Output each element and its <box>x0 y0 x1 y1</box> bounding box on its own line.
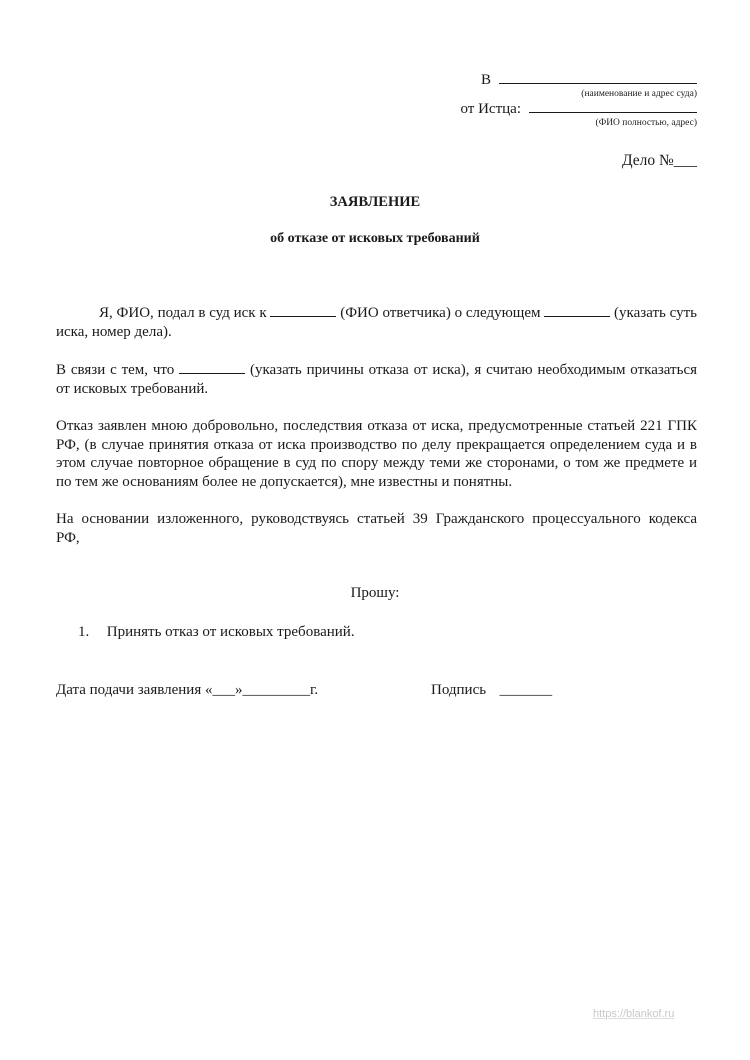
paragraph-reason: В связи с тем, что (указать причины отка… <box>56 361 697 398</box>
text: (ФИО ответчика) о следующем <box>336 305 544 321</box>
plaintiff-label: от Истца: <box>460 101 521 118</box>
text: Я, ФИО, подал в суд иск к <box>99 305 270 321</box>
plaintiff-hint: (ФИО полностью, адрес) <box>596 118 697 128</box>
signature-line: Подпись _______ <box>431 682 552 699</box>
text: В связи с тем, что <box>56 362 179 378</box>
signature-blank: _______ <box>500 682 553 698</box>
paragraph-legal-basis: На основании изложенного, руководствуясь… <box>56 510 697 547</box>
reason-blank <box>179 373 245 374</box>
paragraph-claim: Я, ФИО, подал в суд иск к (ФИО ответчика… <box>56 304 697 341</box>
request-item-text: Принять отказ от исковых требований. <box>107 624 355 640</box>
document-page: В (наименование и адрес суда) от Истца: … <box>0 0 750 1060</box>
plaintiff-line: от Истца: <box>460 101 697 118</box>
case-number-label: Дело №___ <box>622 152 697 170</box>
document-subtitle: об отказе от исковых требований <box>0 231 750 247</box>
court-hint: (наименование и адрес суда) <box>581 89 697 99</box>
document-title: ЗАЯВЛЕНИЕ <box>0 194 750 211</box>
request-item-number: 1. <box>78 624 89 640</box>
court-blank <box>499 82 697 84</box>
signature-label: Подпись <box>431 682 486 698</box>
watermark-link[interactable]: https://blankof.ru <box>593 1008 674 1020</box>
case-number: Дело №___ <box>622 152 697 170</box>
request-item: 1. Принять отказ от исковых требований. <box>78 624 355 641</box>
plaintiff-blank <box>529 111 697 113</box>
filing-date: Дата подачи заявления «___»_________г. <box>56 682 318 699</box>
court-line: В <box>481 72 697 89</box>
court-label: В <box>481 72 491 89</box>
request-label: Прошу: <box>0 585 750 602</box>
claim-subject-blank <box>544 316 610 317</box>
paragraph-consequences: Отказ заявлен мною добровольно, последст… <box>56 417 697 491</box>
defendant-blank <box>270 316 336 317</box>
